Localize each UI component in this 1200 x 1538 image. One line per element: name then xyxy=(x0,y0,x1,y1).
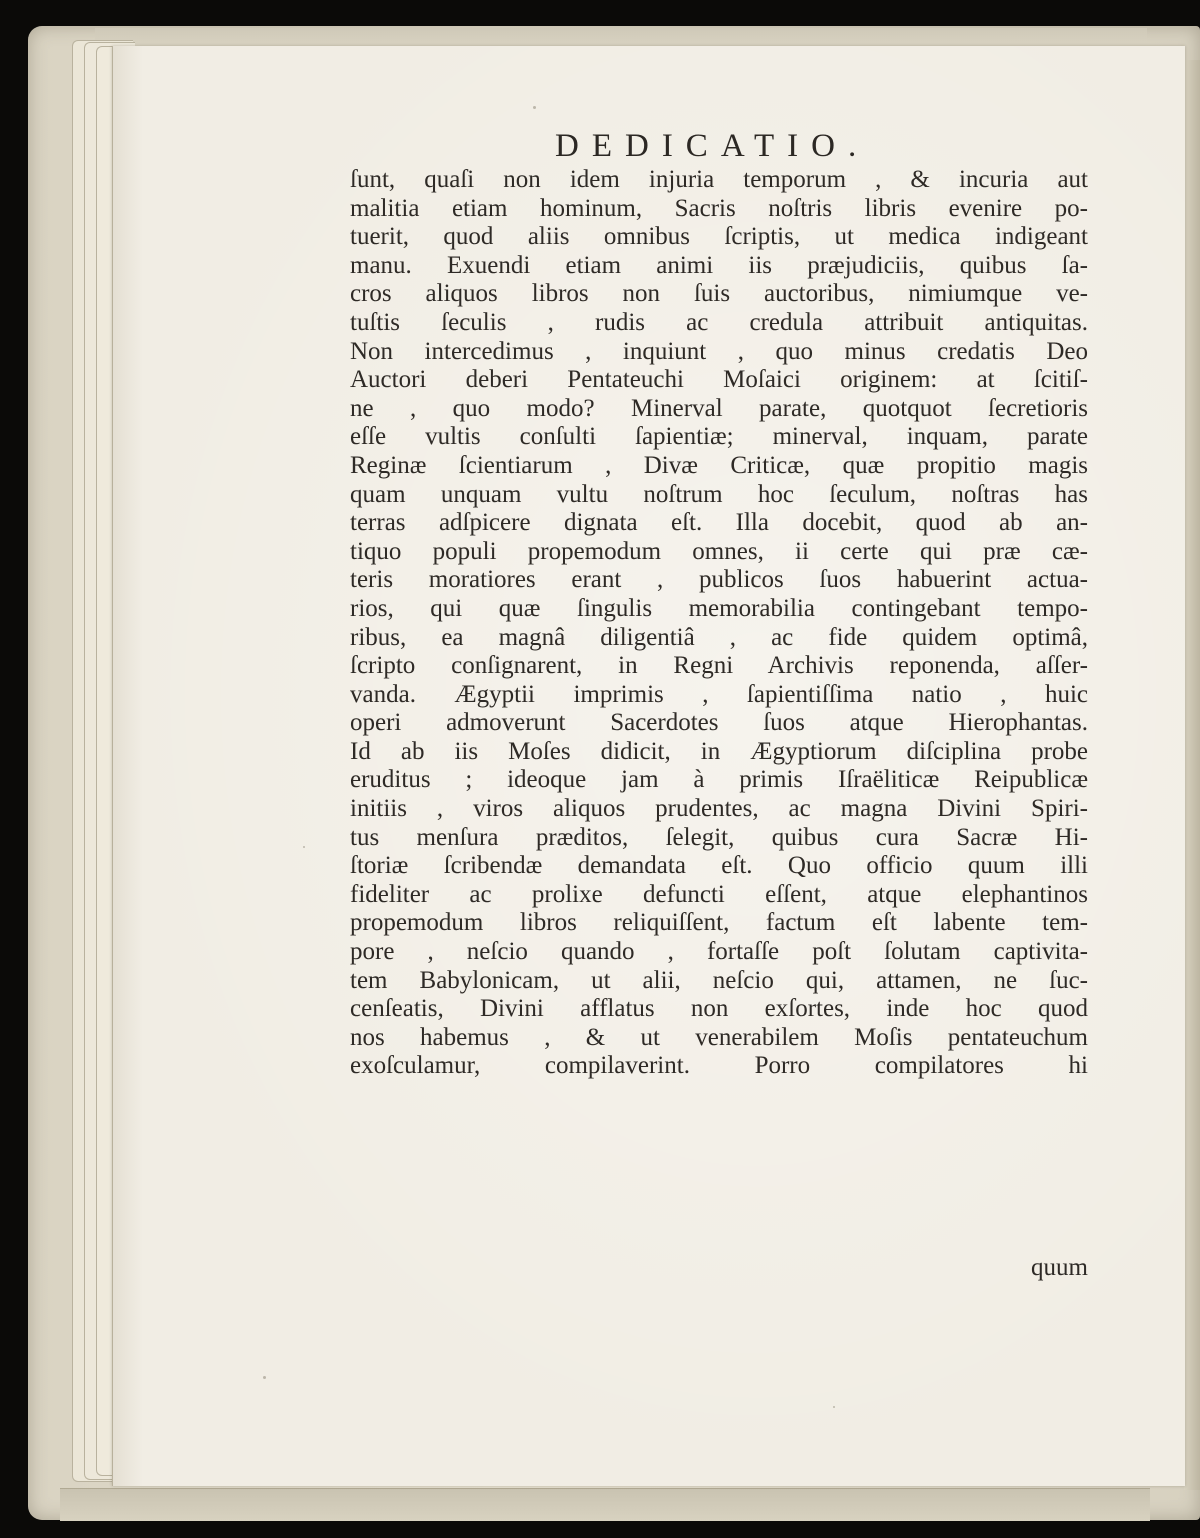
text-line: eſſe vultis conſulti ſapientiæ; minerval… xyxy=(350,423,1088,452)
text-line: tem Babylonicam, ut alii, neſcio qui, at… xyxy=(350,967,1088,996)
text-line: manu. Exuendi etiam animi iis præjudicii… xyxy=(350,252,1088,281)
text-line: operi admoverunt Sacerdotes ſuos atque H… xyxy=(350,709,1088,738)
text-line: vanda. Ægyptii imprimis , ſapientiſſima … xyxy=(350,681,1088,710)
text-line: rios, qui quæ ſingulis memorabilia conti… xyxy=(350,595,1088,624)
text-line: Reginæ ſcientiarum , Divæ Criticæ, quæ p… xyxy=(350,452,1088,481)
text-line: Id ab iis Moſes didicit, in Ægyptiorum d… xyxy=(350,738,1088,767)
text-line: quam unquam vultu noſtrum hoc ſeculum, n… xyxy=(350,481,1088,510)
catchword: quum xyxy=(988,1254,1088,1282)
text-line: Non intercedimus , inquiunt , quo minus … xyxy=(350,338,1088,367)
text-line: pore , neſcio quando , fortaſſe poſt ſol… xyxy=(350,938,1088,967)
text-line: ne , quo modo? Minerval parate, quotquot… xyxy=(350,395,1088,424)
paper-speck xyxy=(263,1376,266,1379)
text-line: cenſeatis, Divini afflatus non exſortes,… xyxy=(350,995,1088,1024)
paper-speck xyxy=(833,1406,835,1408)
running-head: DEDICATIO. xyxy=(555,128,869,165)
text-line: cros aliquos libros non ſuis auctoribus,… xyxy=(350,280,1088,309)
text-line: propemodum libros reliquiſſent, factum e… xyxy=(350,909,1088,938)
text-line: tuſtis ſeculis , rudis ac credula attrib… xyxy=(350,309,1088,338)
cover-bottom-edge xyxy=(60,1488,1150,1521)
text-line: nos habemus , & ut venerabilem Moſis pen… xyxy=(350,1024,1088,1053)
cover-right-edge xyxy=(1184,60,1200,1490)
text-line: ſcripto conſignarent, in Regni Archivis … xyxy=(350,652,1088,681)
text-line: initiis , viros aliquos prudentes, ac ma… xyxy=(350,795,1088,824)
text-line: ribus, ea magnâ diligentiâ , ac fide qui… xyxy=(350,624,1088,653)
text-line: tiquo populi propemodum omnes, ii certe … xyxy=(350,538,1088,567)
text-line: teris moratiores erant , publicos ſuos h… xyxy=(350,566,1088,595)
text-line: tus menſura præditos, ſelegit, quibus cu… xyxy=(350,824,1088,853)
text-line: Auctori deberi Pentateuchi Moſaici origi… xyxy=(350,366,1088,395)
text-line: tuerit, quod aliis omnibus ſcriptis, ut … xyxy=(350,223,1088,252)
text-line: terras adſpicere dignata eſt. Illa doceb… xyxy=(350,509,1088,538)
text-line: malitia etiam hominum, Sacris noſtris li… xyxy=(350,195,1088,224)
text-line: exoſculamur, compilaverint. Porro compil… xyxy=(350,1052,1088,1081)
text-line: ſtoriæ ſcribendæ demandata eſt. Quo offi… xyxy=(350,852,1088,881)
body-text: ſunt, quaſi non idem injuria temporum , … xyxy=(350,166,1088,1081)
paper-speck xyxy=(303,846,305,848)
paper-speck xyxy=(533,106,536,109)
text-line: eruditus ; ideoque jam à primis Iſraëlit… xyxy=(350,766,1088,795)
text-line: fideliter ac prolixe defuncti eſſent, at… xyxy=(350,881,1088,910)
text-line: ſunt, quaſi non idem injuria temporum , … xyxy=(350,166,1088,195)
